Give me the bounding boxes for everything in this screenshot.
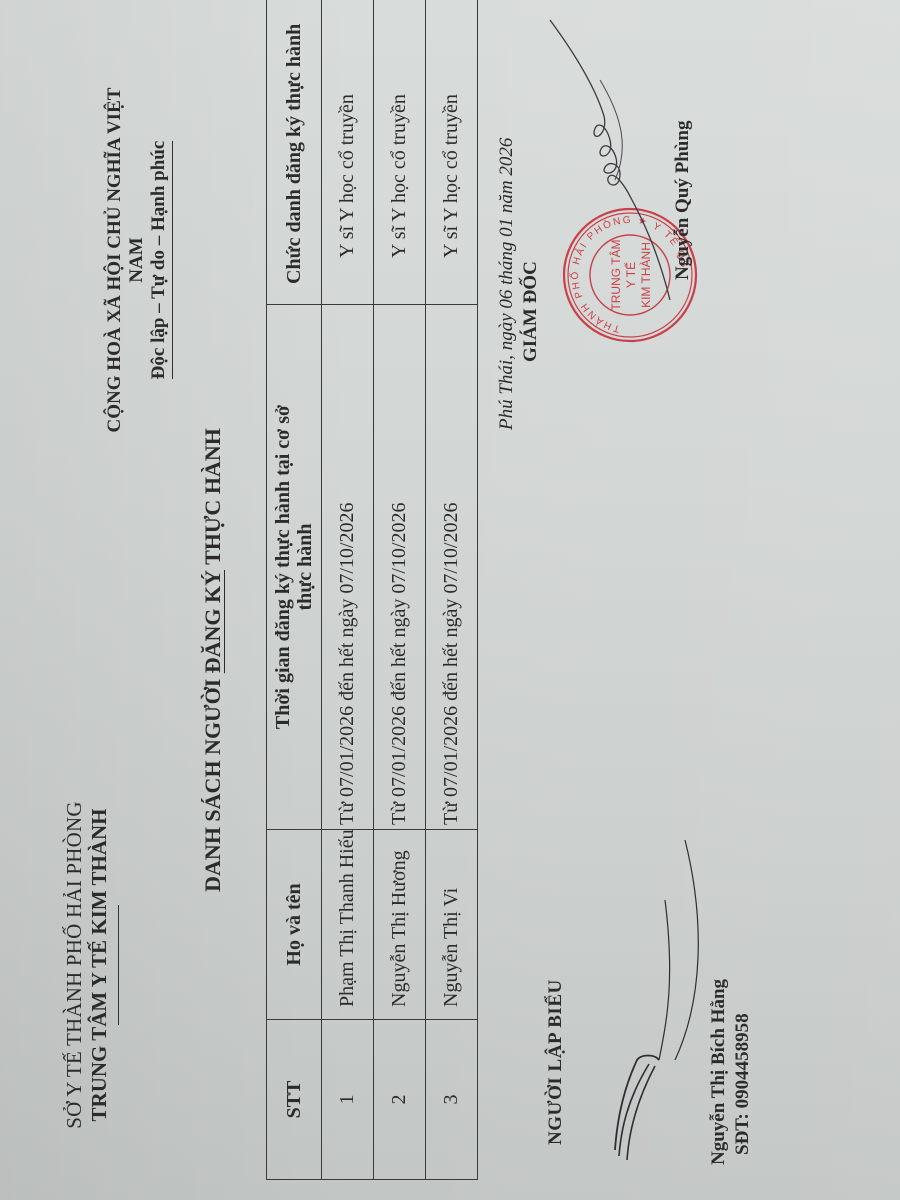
- agency-name: SỞ Y TẾ THÀNH PHỐ HẢI PHÒNG: [62, 750, 87, 1180]
- table-row: 1 Phạm Thị Thanh Hiếu Từ 07/01/2026 đến …: [322, 0, 374, 1180]
- preparer-name: Nguyễn Thị Bích Hằng: [708, 979, 730, 1165]
- registration-table: STT Họ và tên Thời gian đăng ký thực hàn…: [266, 0, 478, 1180]
- header-stt: STT: [267, 1020, 322, 1180]
- header-name: Họ và tên: [267, 830, 322, 1020]
- table-row: 3 Nguyễn Thị Vi Từ 07/01/2026 đến hết ng…: [426, 0, 478, 1180]
- cell-stt: 3: [426, 1020, 478, 1180]
- cell-stt: 1: [322, 1020, 374, 1180]
- issuing-agency-header: SỞ Y TẾ THÀNH PHỐ HẢI PHÒNG TRUNG TÂM Y …: [62, 750, 119, 1180]
- nation-name: CỘNG HOÀ XÃ HỘI CHỦ NGHĨA VIỆT NAM: [104, 80, 148, 440]
- cell-name: Phạm Thị Thanh Hiếu: [322, 830, 374, 1020]
- cell-role: Y sĩ Y học cổ truyền: [322, 0, 374, 305]
- header-period: Thời gian đăng ký thực hành tại cơ sở th…: [267, 305, 322, 830]
- document-page: SỞ Y TẾ THÀNH PHỐ HẢI PHÒNG TRUNG TÂM Y …: [0, 0, 900, 1200]
- cell-period: Từ 07/01/2026 đến hết ngày 07/10/2026: [322, 305, 374, 830]
- cell-period: Từ 07/01/2026 đến hết ngày 07/10/2026: [374, 305, 426, 830]
- cell-role: Y sĩ Y học cổ truyền: [374, 0, 426, 305]
- document-title: DANH SÁCH NGƯỜI ĐĂNG KÝ THỰC HÀNH: [200, 300, 226, 1020]
- cell-stt: 2: [374, 1020, 426, 1180]
- header-role: Chức danh đăng ký thực hành: [267, 0, 322, 305]
- preparer-phone: SĐT: 0904458958: [732, 1013, 754, 1155]
- director-name: Nguyễn Quý Phùng: [672, 121, 694, 280]
- header-rule: [118, 905, 119, 1025]
- table-header-row: STT Họ và tên Thời gian đăng ký thực hàn…: [267, 0, 322, 1180]
- national-motto: Độc lập – Tự do – Hạnh phúc: [148, 141, 173, 380]
- cell-role: Y sĩ Y học cổ truyền: [426, 0, 478, 305]
- cell-period: Từ 07/01/2026 đến hết ngày 07/10/2026: [426, 305, 478, 830]
- cell-name: Nguyễn Thị Vi: [426, 830, 478, 1020]
- date-place-line: Phú Thái, ngày 06 tháng 01 năm 2026: [496, 50, 518, 430]
- national-header: CỘNG HOÀ XÃ HỘI CHỦ NGHĨA VIỆT NAM Độc l…: [104, 80, 173, 440]
- unit-name: TRUNG TÂM Y TẾ KIM THÀNH: [87, 750, 112, 1180]
- table-row: 2 Nguyễn Thị Hương Từ 07/01/2026 đến hết…: [374, 0, 426, 1180]
- cell-name: Nguyễn Thị Hương: [374, 830, 426, 1020]
- preparer-signature-icon: [555, 840, 715, 1160]
